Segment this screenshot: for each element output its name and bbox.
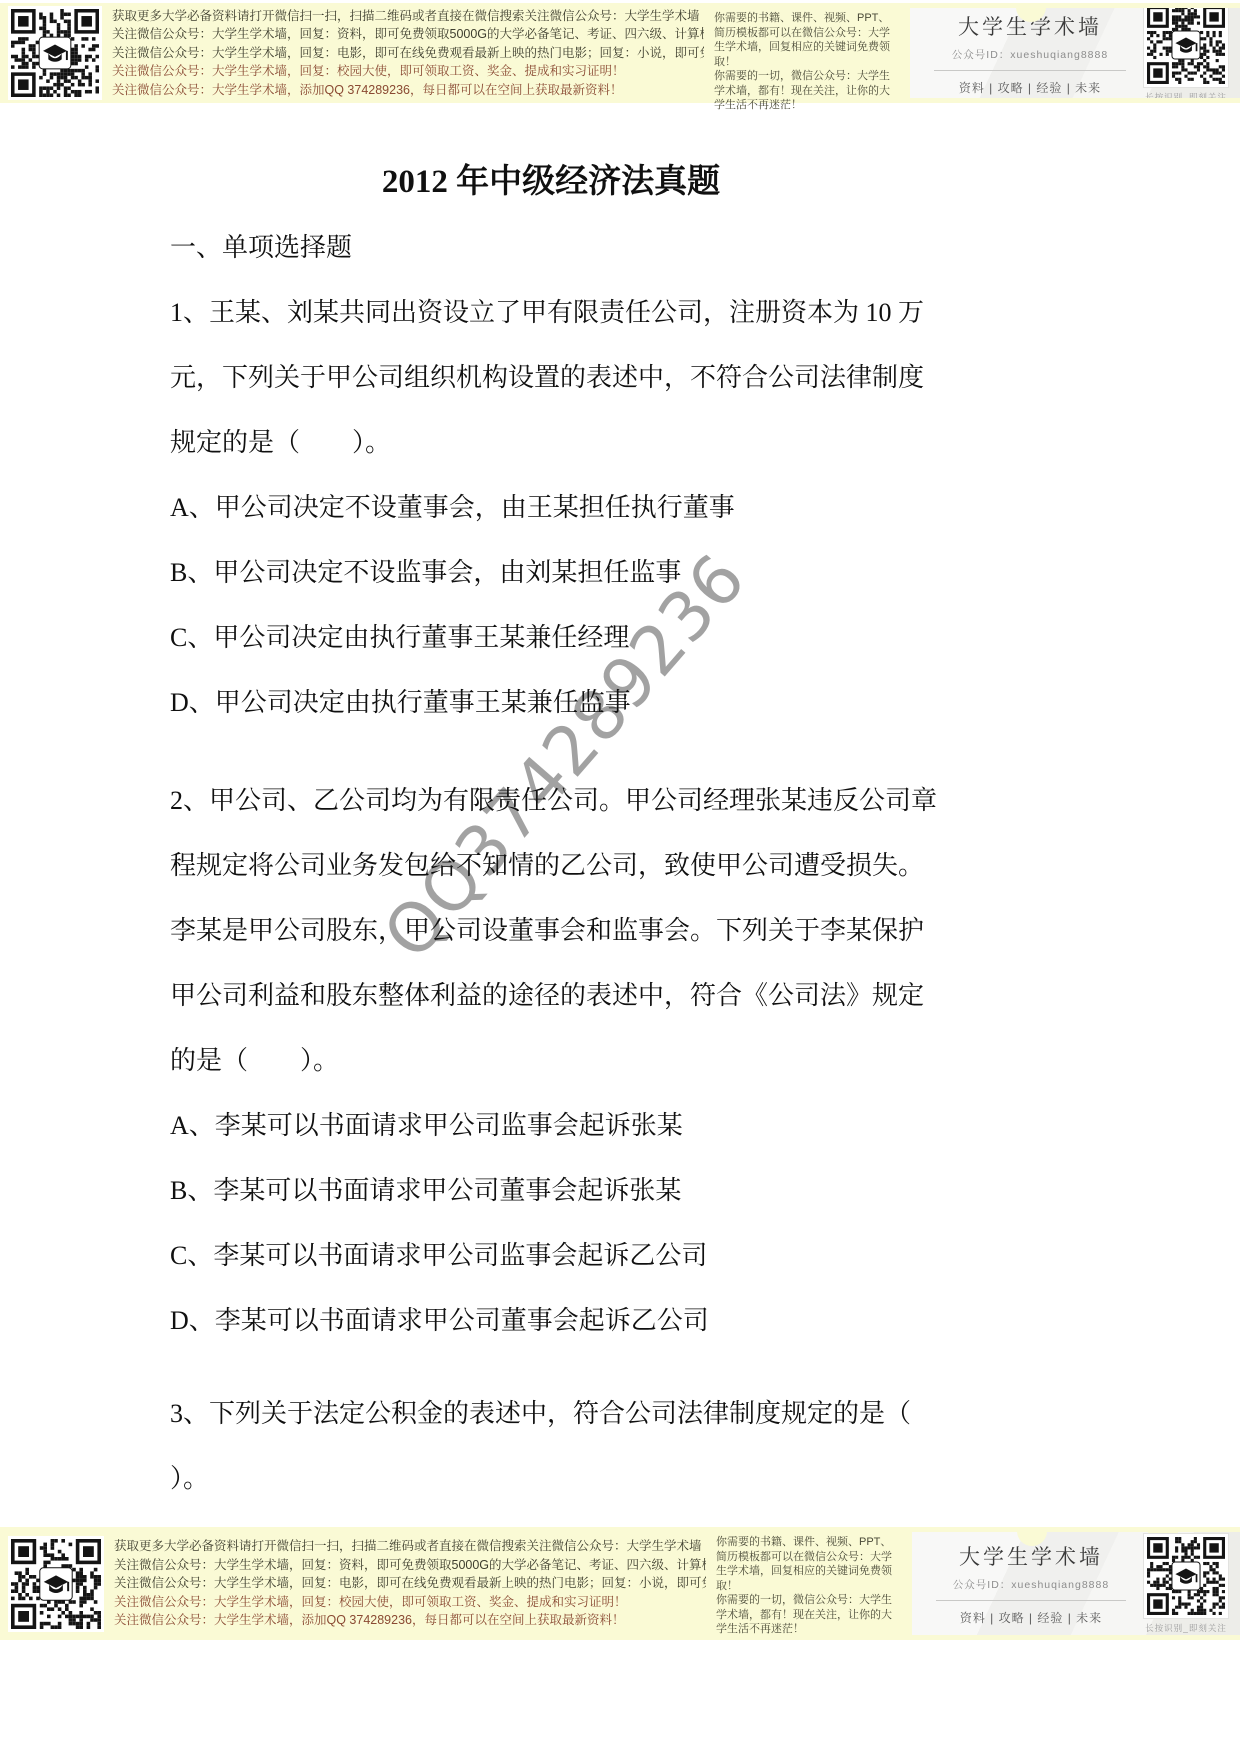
qr-code-large	[8, 6, 102, 100]
question-2-line: 程规定将公司业务发包给不知情的乙公司，致使甲公司遭受损失。	[170, 833, 932, 898]
qr-caption: 长按识别_即刻关注	[1144, 91, 1228, 98]
qr-caption: 长按识别_即刻关注	[1144, 1622, 1228, 1634]
promo-line: 关注微信公众号：大学生学术墙，回复：资料，即可免费领取5000G的大学必备笔记、…	[114, 1556, 706, 1574]
question-2-option-a: A、李某可以书面请求甲公司监事会起诉张某	[170, 1093, 932, 1158]
question-3-line: ）。	[170, 1446, 932, 1511]
promo-middle-bottom: 你需要的一切，微信公众号：大学生学术墙，都有！现在关注，让你的大学生活不再迷茫！	[716, 1593, 902, 1637]
promo-line: 获取更多大学必备资料请打开微信扫一扫，扫描二维码或者直接在微信搜索关注微信公众号…	[112, 7, 704, 25]
qr-code-large	[8, 1536, 104, 1632]
promo-line: 获取更多大学必备资料请打开微信扫一扫，扫描二维码或者直接在微信搜索关注微信公众号…	[114, 1537, 706, 1555]
promo-line: 关注微信公众号：大学生学术墙，添加QQ 374289236，每日都可以在空间上获…	[114, 1611, 706, 1629]
question-2-line: 的是（ ）。	[170, 1028, 932, 1093]
section-heading: 一、单项选择题	[170, 215, 932, 280]
page-title: 2012 年中级经济法真题	[170, 150, 932, 215]
account-card: 大学生学术墙 公众号ID：xueshuqiang8888 资料 | 攻略 | 经…	[910, 8, 1240, 98]
promo-text-block: 获取更多大学必备资料请打开微信扫一扫，扫描二维码或者直接在微信搜索关注微信公众号…	[114, 1537, 706, 1629]
question-1-line: 规定的是（ ）。	[170, 410, 932, 475]
question-2-option-d: D、李某可以书面请求甲公司董事会起诉乙公司	[170, 1288, 932, 1353]
account-card: 大学生学术墙 公众号ID：xueshuqiang8888 资料 | 攻略 | 经…	[912, 1532, 1240, 1635]
promo-line: 关注微信公众号：大学生学术墙，回复：校园大使，即可领取工资、奖金、提成和实习证明…	[112, 62, 704, 80]
account-id: 公众号ID：xueshuqiang8888	[932, 1577, 1130, 1592]
question-1-line: 1、王某、刘某共同出资设立了甲有限责任公司，注册资本为 10 万	[170, 280, 932, 345]
question-1-option-b: B、甲公司决定不设监事会，由刘某担任监事	[170, 540, 932, 605]
promo-banner-bottom: 获取更多大学必备资料请打开微信扫一扫，扫描二维码或者直接在微信搜索关注微信公众号…	[0, 1527, 1240, 1640]
question-1-line: 元，下列关于甲公司组织机构设置的表述中，不符合公司法律制度	[170, 345, 932, 410]
promo-banner-top: 获取更多大学必备资料请打开微信扫一扫，扫描二维码或者直接在微信搜索关注微信公众号…	[0, 3, 1240, 103]
promo-middle-top: 你需要的书籍、课件、视频、PPT、简历模板都可以在微信公众号：大学生学术墙，回复…	[716, 1535, 902, 1593]
divider	[936, 1600, 1126, 1601]
account-qr-block: 长按识别_即刻关注	[1144, 1534, 1228, 1634]
wechat-qr-icon	[1147, 1602, 1225, 1619]
exam-page: 获取更多大学必备资料请打开微信扫一扫，扫描二维码或者直接在微信搜索关注微信公众号…	[0, 0, 1240, 1754]
question-1-option-c: C、甲公司决定由执行董事王某兼任经理	[170, 605, 932, 670]
question-3-line: 3、下列关于法定公积金的表述中，符合公司法律制度规定的是（	[170, 1381, 932, 1446]
question-2-option-c: C、李某可以书面请求甲公司监事会起诉乙公司	[170, 1223, 932, 1288]
wechat-qr-icon	[1147, 71, 1225, 88]
document-body: 2012 年中级经济法真题 一、单项选择题 1、王某、刘某共同出资设立了甲有限责…	[170, 100, 932, 1511]
account-title: 大学生学术墙	[932, 1541, 1130, 1571]
question-2-line: 2、甲公司、乙公司均为有限责任公司。甲公司经理张某违反公司章	[170, 768, 932, 833]
account-title: 大学生学术墙	[930, 11, 1130, 41]
question-2-line: 甲公司利益和股东整体利益的途径的表述中，符合《公司法》规定	[170, 963, 932, 1028]
promo-line: 关注微信公众号：大学生学术墙，回复：电影，即可在线免费观看最新上映的热门电影；回…	[114, 1574, 706, 1592]
account-card-info: 大学生学术墙 公众号ID：xueshuqiang8888 资料 | 攻略 | 经…	[932, 1541, 1130, 1626]
promo-line: 关注微信公众号：大学生学术墙，回复：电影，即可在线免费观看最新上映的热门电影；回…	[112, 44, 704, 62]
promo-middle-column: 你需要的书籍、课件、视频、PPT、简历模板都可以在微信公众号：大学生学术墙，回复…	[714, 8, 900, 98]
account-tags: 资料 | 攻略 | 经验 | 未来	[930, 79, 1130, 96]
wechat-qr-icon	[11, 1539, 101, 1629]
account-id: 公众号ID：xueshuqiang8888	[930, 47, 1130, 62]
promo-line: 关注微信公众号：大学生学术墙，回复：校园大使，即可领取工资、奖金、提成和实习证明…	[114, 1593, 706, 1611]
account-qr-block: 长按识别_即刻关注	[1144, 8, 1228, 98]
promo-line: 关注微信公众号：大学生学术墙，回复：资料，即可免费领取5000G的大学必备笔记、…	[112, 25, 704, 43]
promo-text-block: 获取更多大学必备资料请打开微信扫一扫，扫描二维码或者直接在微信搜索关注微信公众号…	[112, 7, 704, 99]
question-2-option-b: B、李某可以书面请求甲公司董事会起诉张某	[170, 1158, 932, 1223]
wechat-qr-icon	[11, 9, 99, 97]
promo-middle-top: 你需要的书籍、课件、视频、PPT、简历模板都可以在微信公众号：大学生学术墙，回复…	[714, 11, 900, 69]
promo-middle-column: 你需要的书籍、课件、视频、PPT、简历模板都可以在微信公众号：大学生学术墙，回复…	[716, 1532, 902, 1635]
account-tags: 资料 | 攻略 | 经验 | 未来	[932, 1609, 1130, 1626]
promo-line: 关注微信公众号：大学生学术墙，添加QQ 374289236，每日都可以在空间上获…	[112, 81, 704, 99]
question-1-option-a: A、甲公司决定不设董事会，由王某担任执行董事	[170, 475, 932, 540]
question-1-option-d: D、甲公司决定由执行董事王某兼任监事	[170, 670, 932, 735]
question-2-line: 李某是甲公司股东，甲公司设董事会和监事会。下列关于李某保护	[170, 898, 932, 963]
account-card-info: 大学生学术墙 公众号ID：xueshuqiang8888 资料 | 攻略 | 经…	[930, 11, 1130, 96]
divider	[934, 70, 1126, 71]
